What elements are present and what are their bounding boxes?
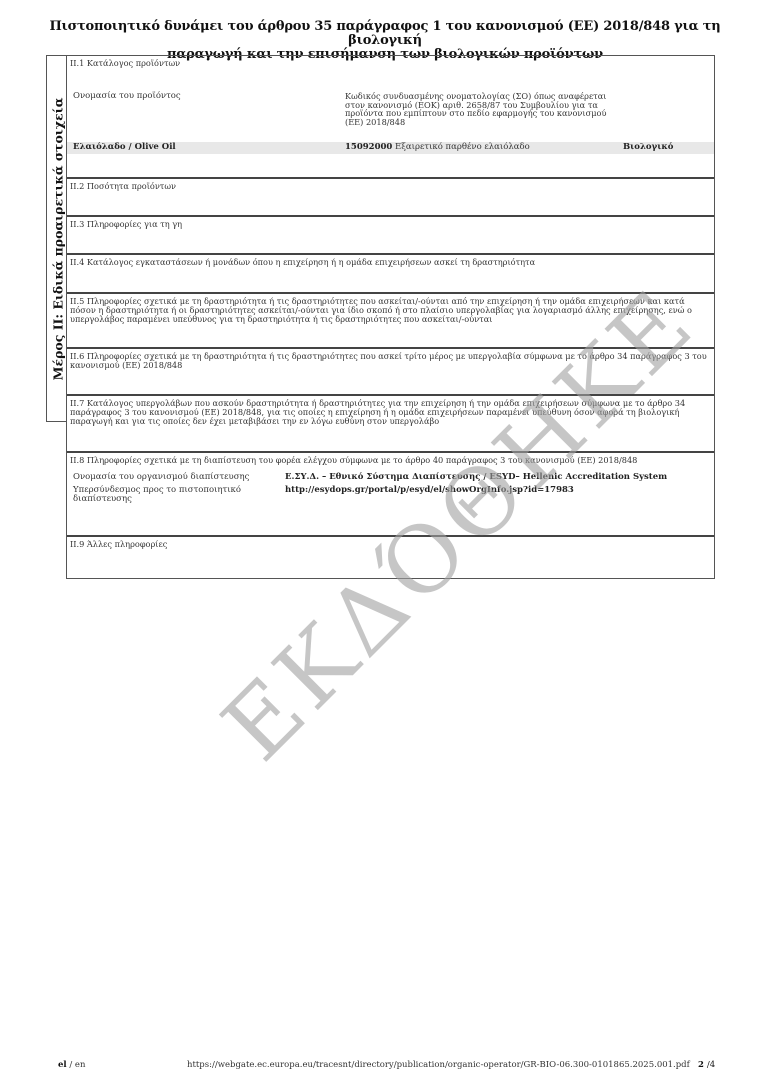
page-footer: el / en https://webgate.ec.europa.eu/tra… [0,1060,768,1074]
document-url[interactable]: https://webgate.ec.europa.eu/tracesnt/di… [187,1060,690,1070]
sections-table: II.1 Κατάλογος προϊόντων Ονομασία του πρ… [66,55,715,579]
section-product-list: II.1 Κατάλογος προϊόντων Ονομασία του πρ… [67,55,714,177]
part-label: Μέρος II: Ειδικά προαιρετικά στοιχεία [48,55,68,422]
section-other-info: II.9 Άλλες πληροφορίες [67,535,714,579]
section-product-quantity: II.2 Ποσότητα προϊόντων [67,177,714,215]
product-cn-description: Εξαιρετικό παρθένο ελαιόλαδο [395,142,530,152]
language-switch[interactable]: el / en [58,1060,85,1070]
product-name-column-header: Ονομασία του προϊόντος [73,92,181,101]
section-heading: II.2 Ποσότητα προϊόντων [67,179,714,191]
section-heading: II.5 Πληροφορίες σχετικά με τη δραστηριό… [67,294,714,324]
product-name: Ελαιόλαδο / Olive Oil [73,143,176,152]
product-cn: 15092000 Εξαιρετικό παρθένο ελαιόλαδο [345,143,530,152]
accreditation-link-label: Υπερσύνδεσμος προς το πιστοποιητικό διαπ… [73,486,273,504]
accreditation-link[interactable]: http://esydops.gr/portal/p/esyd/el/showO… [285,486,574,495]
language-current[interactable]: el [58,1060,67,1070]
section-land-info: II.3 Πληροφορίες για τη γη [67,215,714,253]
section-heading: II.7 Κατάλογος υπεργολάβων που ασκούν δρ… [67,396,714,426]
language-separator: / [67,1060,75,1070]
section-third-party-activities: II.6 Πληροφορίες σχετικά με τη δραστηριό… [67,347,714,394]
product-status: Βιολογικό [623,143,673,152]
product-cn-code: 15092000 [345,142,392,152]
page-total: /4 [707,1060,715,1070]
part-label-text: Μέρος II: Ειδικά προαιρετικά στοιχεία [51,97,66,380]
section-accreditation: II.8 Πληροφορίες σχετικά με τη διαπίστευ… [67,451,714,535]
accreditation-body-value: Ε.ΣΥ.Δ. – Εθνικό Σύστημα Διαπίστευσης / … [285,473,667,482]
section-subcontractors: II.7 Κατάλογος υπεργολάβων που ασκούν δρ… [67,394,714,451]
title-line-1: Πιστοποιητικό δυνάμει του άρθρου 35 παρά… [40,20,730,48]
section-heading: II.6 Πληροφορίες σχετικά με τη δραστηριό… [67,349,714,370]
section-heading: II.1 Κατάλογος προϊόντων [67,56,714,68]
section-premises-list: II.4 Κατάλογος εγκαταστάσεων ή μονάδων ό… [67,253,714,292]
accreditation-body-label: Ονομασία του οργανισμού διαπίστευσης [73,473,273,482]
section-heading: II.9 Άλλες πληροφορίες [67,537,714,549]
page-current: 2 [698,1060,704,1070]
section-activities: II.5 Πληροφορίες σχετικά με τη δραστηριό… [67,292,714,347]
page-number: 2 /4 [698,1060,715,1070]
language-other[interactable]: en [75,1060,86,1070]
section-heading: II.4 Κατάλογος εγκαταστάσεων ή μονάδων ό… [67,255,714,267]
product-row: Ελαιόλαδο / Olive Oil 15092000 Εξαιρετικ… [67,142,714,154]
section-heading: II.3 Πληροφορίες για τη γη [67,217,714,229]
cn-code-column-header: Κωδικός συνδυασμένης ονοματολογίας (ΣΟ) … [345,92,625,126]
section-heading: II.8 Πληροφορίες σχετικά με τη διαπίστευ… [67,453,714,465]
